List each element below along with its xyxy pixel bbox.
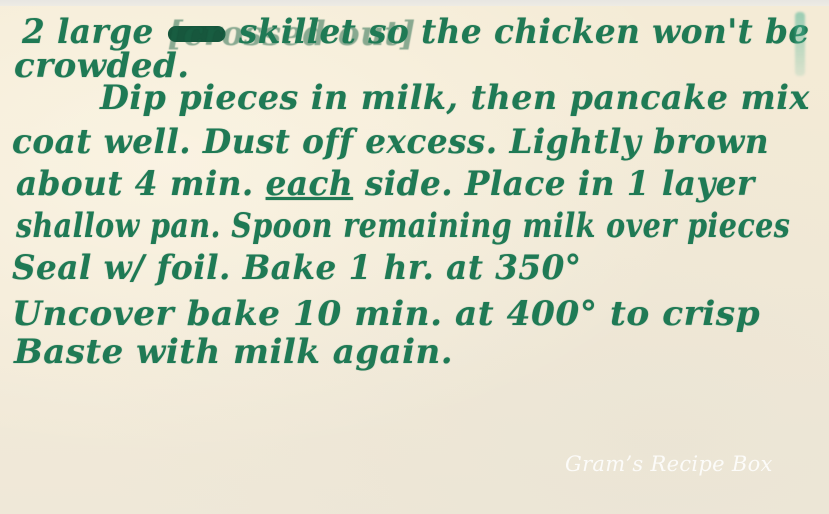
recipe-line-6: shallow pan. Spoon remaining milk over p… (16, 206, 790, 246)
recipe-line-7: Seal w/ foil. Bake 1 hr. at 350° (12, 248, 582, 288)
ink-smudge (795, 12, 805, 76)
watermark: Gram’s Recipe Box (565, 452, 773, 476)
recipe-line-8: Uncover bake 10 min. at 400° to crisp (12, 294, 760, 334)
recipe-line-5-end: side. Place in 1 layer (365, 164, 755, 204)
recipe-line-4: coat well. Dust off excess. Lightly brow… (12, 122, 769, 162)
underlined-word-each: each (266, 164, 353, 204)
recipe-line-3: Dip pieces in milk, then pancake mix (100, 78, 810, 118)
recipe-card: 2 large [crossed out] skillet so the chi… (0, 6, 829, 514)
recipe-line-9: Baste with milk again. (14, 332, 453, 372)
recipe-line-1-end: skillet so the chicken won't be (239, 12, 810, 52)
recipe-line-5: about 4 min. each side. Place in 1 layer (16, 164, 755, 204)
crossed-out-word: [crossed out] (168, 26, 226, 42)
recipe-line-5-start: about 4 min. (16, 164, 254, 204)
